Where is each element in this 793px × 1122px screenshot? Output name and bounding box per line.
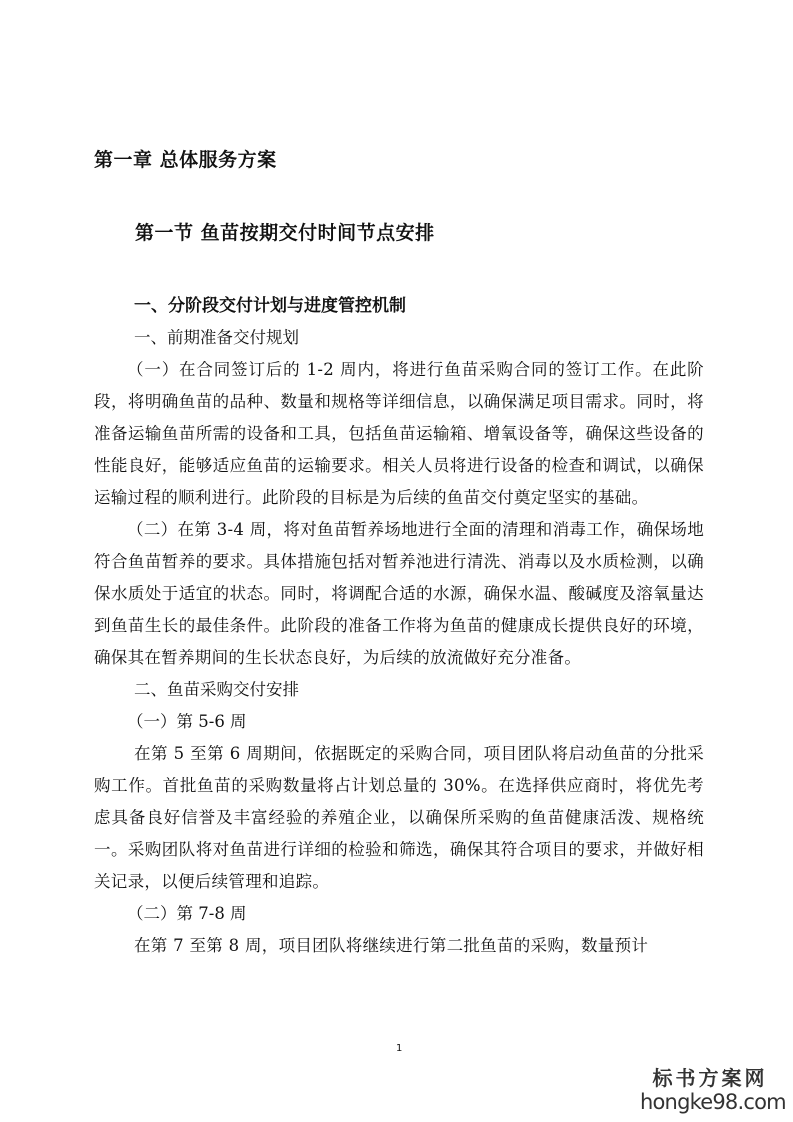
document-body: 一、分阶段交付计划与进度管控机制 一、前期准备交付规划 （一）在合同签订后的 1… — [94, 290, 704, 962]
watermark-cn: 标书方案网 — [640, 1066, 780, 1090]
document-page: 第一章 总体服务方案 第一节 鱼苗按期交付时间节点安排 一、分阶段交付计划与进度… — [0, 0, 793, 1122]
paragraph: （二）在第 3-4 周，将对鱼苗暂养场地进行全面的清理和消毒工作，确保场地符合鱼… — [94, 514, 704, 674]
heading-level3: 一、分阶段交付计划与进度管控机制 — [94, 290, 704, 322]
paragraph: 在第 7 至第 8 周，项目团队将继续进行第二批鱼苗的采购，数量预计 — [94, 930, 704, 962]
section-title: 第一节 鱼苗按期交付时间节点安排 — [135, 218, 435, 245]
subsection-title: （一）第 5-6 周 — [94, 706, 704, 738]
page-number: 1 — [396, 1043, 402, 1054]
watermark-en: hongke98.com — [640, 1090, 780, 1114]
subheading-preparation: 一、前期准备交付规划 — [94, 322, 704, 354]
paragraph: 在第 5 至第 6 周期间，依据既定的采购合同，项目团队将启动鱼苗的分批采购工作… — [94, 738, 704, 898]
subheading-procurement: 二、鱼苗采购交付安排 — [94, 674, 704, 706]
watermark-logo: 标书方案网 hongke98.com — [640, 1066, 780, 1114]
paragraph: （一）在合同签订后的 1-2 周内，将进行鱼苗采购合同的签订工作。在此阶段，将明… — [94, 354, 704, 514]
subsection-title: （二）第 7-8 周 — [94, 898, 704, 930]
chapter-title: 第一章 总体服务方案 — [94, 145, 277, 172]
